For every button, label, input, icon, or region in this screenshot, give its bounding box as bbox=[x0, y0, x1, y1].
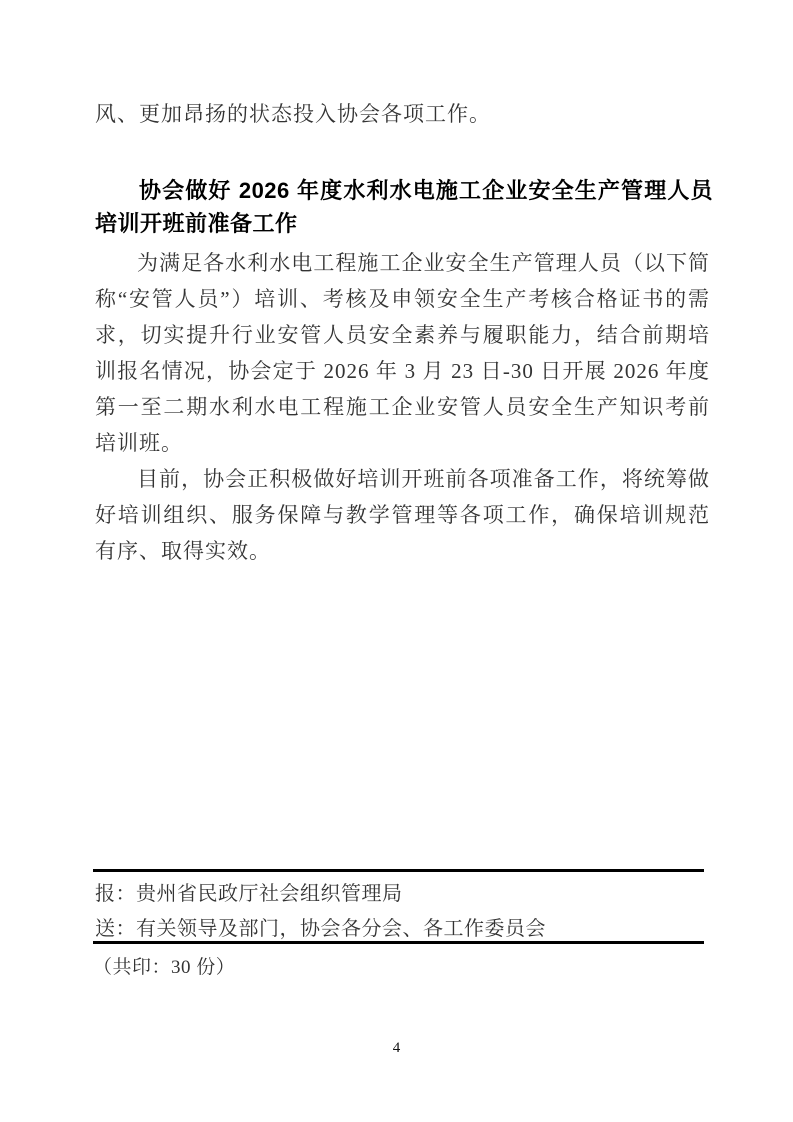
distribution-divider-top bbox=[93, 869, 704, 872]
body-paragraph-2: 目前，协会正积极做好培训开班前各项准备工作，将统筹做好培训组织、服务保障与教学管… bbox=[95, 461, 710, 569]
document-page: 风、更加昂扬的状态投入协会各项工作。 协会做好 2026 年度水利水电施工企业安… bbox=[0, 0, 793, 1122]
section-heading: 协会做好 2026 年度水利水电施工企业安全生产管理人员培训开班前准备工作 bbox=[95, 174, 713, 240]
report-to-line: 报：贵州省民政厅社会组织管理局 bbox=[95, 880, 707, 908]
body-paragraph-1: 为满足各水利水电工程施工企业安全生产管理人员（以下简称“安管人员”）培训、考核及… bbox=[95, 245, 710, 461]
body-continuation-line: 风、更加昂扬的状态投入协会各项工作。 bbox=[95, 96, 710, 132]
copies-count-line: （共印：30 份） bbox=[93, 955, 705, 981]
page-number: 4 bbox=[0, 1038, 793, 1058]
distribution-divider-bottom bbox=[93, 941, 704, 944]
send-to-line: 送：有关领导及部门，协会各分会、各工作委员会 bbox=[95, 915, 707, 943]
